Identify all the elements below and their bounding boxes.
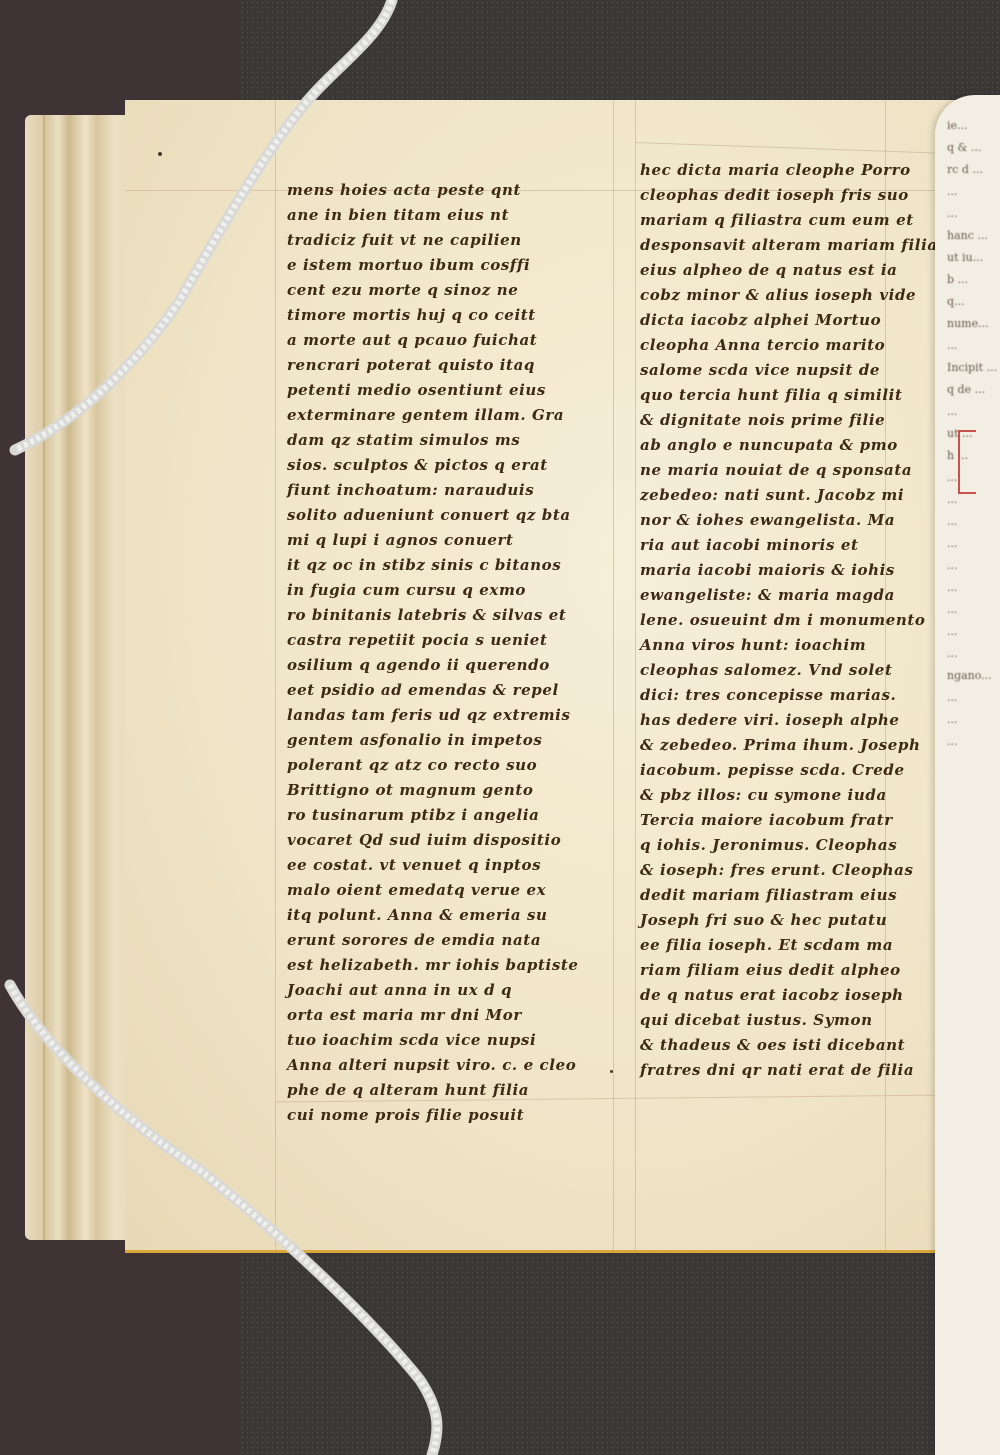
facing-page-edge: ie... q & ... rc d ... ... ... hanc ... … [935, 95, 1000, 1455]
text-line: ee costat. vt venuet q inptos [287, 853, 607, 878]
facing-text-line: ut iu... [935, 247, 1000, 269]
text-line: tuo ioachim scda vice nupsi [287, 1028, 607, 1053]
ruling-v3 [635, 100, 636, 1250]
text-line: riam filiam eius dedit alpheo [640, 958, 960, 983]
text-line: maria iacobi maioris & iohis [640, 558, 960, 583]
facing-text-line: ... [935, 203, 1000, 225]
ink-speck [610, 1070, 613, 1073]
facing-text-line: ie... [935, 115, 1000, 137]
text-line: a morte aut q pcauo fuichat [287, 328, 607, 353]
text-line: ria aut iacobi minoris et [640, 533, 960, 558]
text-column-right: hec dicta maria cleophe Porro cleophas d… [640, 158, 960, 1083]
facing-text-line: nume... [935, 313, 1000, 335]
text-line: dam qz statim simulos ms [287, 428, 607, 453]
text-line: q iohis. Jeronimus. Cleophas [640, 833, 960, 858]
text-line: petenti medio osentiunt eius [287, 378, 607, 403]
text-line: Joachi aut anna in ux d q [287, 978, 607, 1003]
facing-text-line: rc d ... [935, 159, 1000, 181]
text-line: in fugia cum cursu q exmo [287, 578, 607, 603]
text-line: castra repetiit pocia s ueniet [287, 628, 607, 653]
text-line: lene. osueuint dm i monumento [640, 608, 960, 633]
text-line: qui dicebat iustus. Symon [640, 1008, 960, 1033]
text-line: mi q lupi i agnos conuert [287, 528, 607, 553]
facing-text-line: ... [935, 731, 1000, 753]
text-line: Anna alteri nupsit viro. c. e cleo [287, 1053, 607, 1078]
facing-text-line: ... [935, 643, 1000, 665]
text-line: iacobum. pepisse scda. Crede [640, 758, 960, 783]
text-line: timore mortis huj q co ceitt [287, 303, 607, 328]
text-line: dicta iacobz alphei Mortuo [640, 308, 960, 333]
text-line: mariam q filiastra cum eum et [640, 208, 960, 233]
text-line: zebedeo: nati sunt. Jacobz mi [640, 483, 960, 508]
facing-text-line: hanc ... [935, 225, 1000, 247]
text-line: cleophas salomez. Vnd solet [640, 658, 960, 683]
text-line: ee filia ioseph. Et scdam ma [640, 933, 960, 958]
text-line: cleophas dedit ioseph fris suo [640, 183, 960, 208]
text-line: mens hoies acta peste qnt [287, 178, 607, 203]
facing-text-line: ... [935, 181, 1000, 203]
text-line: orta est maria mr dni Mor [287, 1003, 607, 1028]
facing-text-line: q de ... [935, 379, 1000, 401]
text-line: dici: tres concepisse marias. [640, 683, 960, 708]
text-line: & ioseph: fres erunt. Cleophas [640, 858, 960, 883]
facing-text-line: b ... [935, 269, 1000, 291]
text-line: osilium q agendo ii querendo [287, 653, 607, 678]
facing-text-line: ... [935, 687, 1000, 709]
facing-text-line: ngano... [935, 665, 1000, 687]
text-line: desponsavit alteram mariam filia [640, 233, 960, 258]
text-line: rencrari poterat quisto itaq [287, 353, 607, 378]
facing-text-line: Incipit ... [935, 357, 1000, 379]
facing-text-line: ... [935, 533, 1000, 555]
text-line: ro binitanis latebris & silvas et [287, 603, 607, 628]
text-line: dedit mariam filiastram eius [640, 883, 960, 908]
text-line: eius alpheo de q natus est ia [640, 258, 960, 283]
facing-text-line: ... [935, 335, 1000, 357]
text-line: quo tercia hunt filia q similit [640, 383, 960, 408]
text-line: polerant qz atz co recto suo [287, 753, 607, 778]
ruling-v1 [275, 100, 276, 1250]
text-line: nor & iohes ewangelista. Ma [640, 508, 960, 533]
facing-text-line: ... [935, 555, 1000, 577]
ruling-top-right [635, 142, 965, 155]
page-block-edges [25, 115, 135, 1240]
text-line: salome scda vice nupsit de [640, 358, 960, 383]
text-line: malo oient emedatq verue ex [287, 878, 607, 903]
text-column-left: mens hoies acta peste qnt ane in bien ti… [287, 178, 607, 1128]
text-line: solito adueniunt conuert qz bta [287, 503, 607, 528]
facing-text-line: ... [935, 599, 1000, 621]
text-line: ane in bien titam eius nt [287, 203, 607, 228]
ruling-v2 [613, 100, 614, 1250]
text-line: gentem asfonalio in impetos [287, 728, 607, 753]
text-line: itq polunt. Anna & emeria su [287, 903, 607, 928]
text-line: Tercia maiore iacobum fratr [640, 808, 960, 833]
facing-text-line: ... [935, 709, 1000, 731]
text-line: de q natus erat iacobz ioseph [640, 983, 960, 1008]
facing-text-line: ... [935, 621, 1000, 643]
text-line: fiunt inchoatum: narauduis [287, 478, 607, 503]
text-line: & zebedeo. Prima ihum. Joseph [640, 733, 960, 758]
text-line: sios. sculptos & pictos q erat [287, 453, 607, 478]
text-line: it qz oc in stibz sinis c bitanos [287, 553, 607, 578]
text-line: Anna viros hunt: ioachim [640, 633, 960, 658]
text-line: Brittigno ot magnum gento [287, 778, 607, 803]
text-line: vocaret Qd sud iuim dispositio [287, 828, 607, 853]
text-line: cleopha Anna tercio marito [640, 333, 960, 358]
facing-text-line: ... [935, 511, 1000, 533]
text-line: & pbz illos: cu symone iuda [640, 783, 960, 808]
text-line: ne maria nouiat de q sponsata [640, 458, 960, 483]
text-line: exterminare gentem illam. Gra [287, 403, 607, 428]
rubricated-initial [958, 430, 976, 494]
text-line: fratres dni qr nati erat de filia [640, 1058, 960, 1083]
ink-speck [158, 152, 162, 156]
text-line: tradiciz fuit vt ne capilien [287, 228, 607, 253]
facing-text-line: q & ... [935, 137, 1000, 159]
facing-text-line: q... [935, 291, 1000, 313]
text-line: ro tusinarum ptibz i angelia [287, 803, 607, 828]
text-line: landas tam feris ud qz extremis [287, 703, 607, 728]
text-line: est helizabeth. mr iohis baptiste [287, 953, 607, 978]
text-line: phe de q alteram hunt filia [287, 1078, 607, 1103]
facing-text-line: ... [935, 577, 1000, 599]
text-line: cent ezu morte q sinoz ne [287, 278, 607, 303]
text-line: erunt sorores de emdia nata [287, 928, 607, 953]
text-line: & thadeus & oes isti dicebant [640, 1033, 960, 1058]
text-line: Joseph fri suo & hec putatu [640, 908, 960, 933]
manuscript-page: mens hoies acta peste qnt ane in bien ti… [125, 100, 965, 1253]
text-line: & dignitate nois prime filie [640, 408, 960, 433]
text-line: e istem mortuo ibum cosffi [287, 253, 607, 278]
facing-text-line: ... [935, 401, 1000, 423]
text-line: has dedere viri. ioseph alphe [640, 708, 960, 733]
text-line: hec dicta maria cleophe Porro [640, 158, 960, 183]
text-line: ab anglo e nuncupata & pmo [640, 433, 960, 458]
text-line: cobz minor & alius ioseph vide [640, 283, 960, 308]
text-line: cui nome prois filie posuit [287, 1103, 607, 1128]
text-line: eet psidio ad emendas & repel [287, 678, 607, 703]
text-line: ewangeliste: & maria magda [640, 583, 960, 608]
